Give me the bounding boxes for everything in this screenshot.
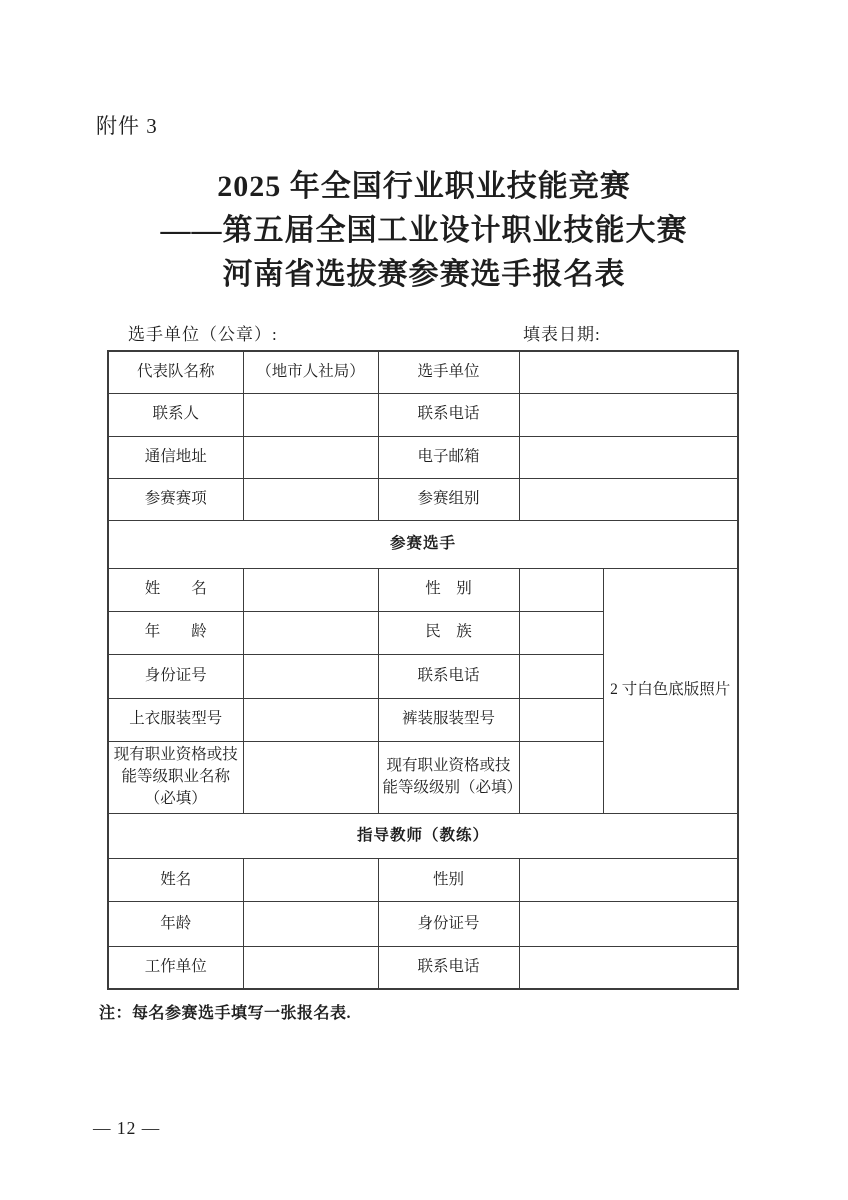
table-row-coach-name: 姓名 性别 bbox=[108, 858, 738, 901]
table-row-contestant-section: 参赛选手 bbox=[108, 520, 738, 568]
value-contestant-name bbox=[243, 568, 378, 611]
label-contestant-age: 年 龄 bbox=[108, 611, 243, 654]
table-row-contestant-name: 姓 名 性 别 2 寸白色底版照片 bbox=[108, 568, 738, 611]
value-competition-event bbox=[243, 478, 378, 520]
document-title: 2025 年全国行业职业技能竞赛 ——第五届全国工业设计职业技能大赛 河南省选拔… bbox=[0, 165, 848, 297]
label-competition-event: 参赛赛项 bbox=[108, 478, 243, 520]
label-qualification-name: 现有职业资格或技能等级职业名称（必填） bbox=[108, 741, 243, 813]
table-row-coach-workplace: 工作单位 联系电话 bbox=[108, 946, 738, 989]
label-qualification-level: 现有职业资格或技能等级级别（必填） bbox=[378, 741, 519, 813]
table-row-contact-person: 联系人 联系电话 bbox=[108, 393, 738, 436]
value-qualification-level bbox=[519, 741, 603, 813]
label-contestant-name: 姓 名 bbox=[108, 568, 243, 611]
table-row-competition-event: 参赛赛项 参赛组别 bbox=[108, 478, 738, 520]
label-coach-phone: 联系电话 bbox=[378, 946, 519, 989]
table-row-mailing-address: 通信地址 电子邮箱 bbox=[108, 436, 738, 478]
value-coach-phone bbox=[519, 946, 738, 989]
title-line-1: 2025 年全国行业职业技能竞赛 bbox=[0, 165, 848, 209]
label-team-name: 代表队名称 bbox=[108, 351, 243, 393]
attachment-label: 附件 3 bbox=[96, 110, 158, 140]
title-line-2: ——第五届全国工业设计职业技能大赛 bbox=[0, 209, 848, 253]
value-coach-age bbox=[243, 901, 378, 946]
value-contestant-phone bbox=[519, 654, 603, 698]
value-contact-phone bbox=[519, 393, 738, 436]
registration-table: 代表队名称 （地市人社局） 选手单位 联系人 联系电话 通信地址 电子邮箱 参赛… bbox=[107, 350, 739, 990]
value-competition-group bbox=[519, 478, 738, 520]
value-pants-size bbox=[519, 698, 603, 741]
value-email bbox=[519, 436, 738, 478]
value-qualification-name bbox=[243, 741, 378, 813]
note-text: 注：每名参赛选手填写一张报名表. bbox=[99, 1000, 351, 1023]
fill-date-label: 填表日期: bbox=[523, 320, 601, 345]
table-row-team-name: 代表队名称 （地市人社局） 选手单位 bbox=[108, 351, 738, 393]
title-line-3: 河南省选拔赛参赛选手报名表 bbox=[0, 253, 848, 297]
label-contact-person: 联系人 bbox=[108, 393, 243, 436]
label-pants-size: 裤装服装型号 bbox=[378, 698, 519, 741]
label-contestant-phone: 联系电话 bbox=[378, 654, 519, 698]
label-shirt-size: 上衣服装型号 bbox=[108, 698, 243, 741]
page-number: — 12 — bbox=[93, 1118, 160, 1139]
value-shirt-size bbox=[243, 698, 378, 741]
photo-placeholder-cell: 2 寸白色底版照片 bbox=[603, 568, 738, 813]
label-contestant-ethnicity: 民 族 bbox=[378, 611, 519, 654]
label-mailing-address: 通信地址 bbox=[108, 436, 243, 478]
label-contact-phone: 联系电话 bbox=[378, 393, 519, 436]
label-competition-group: 参赛组别 bbox=[378, 478, 519, 520]
section-header-coach: 指导教师（教练） bbox=[108, 813, 738, 858]
value-coach-workplace bbox=[243, 946, 378, 989]
label-contestant-id: 身份证号 bbox=[108, 654, 243, 698]
value-mailing-address bbox=[243, 436, 378, 478]
label-coach-workplace: 工作单位 bbox=[108, 946, 243, 989]
label-contestant-gender: 性 别 bbox=[378, 568, 519, 611]
label-coach-id: 身份证号 bbox=[378, 901, 519, 946]
value-contestant-age bbox=[243, 611, 378, 654]
value-coach-id bbox=[519, 901, 738, 946]
label-player-unit: 选手单位 bbox=[378, 351, 519, 393]
value-coach-gender bbox=[519, 858, 738, 901]
value-team-name: （地市人社局） bbox=[243, 351, 378, 393]
unit-seal-label: 选手单位（公章）: bbox=[128, 320, 278, 345]
value-coach-name bbox=[243, 858, 378, 901]
value-contestant-gender bbox=[519, 568, 603, 611]
value-contact-person bbox=[243, 393, 378, 436]
table-row-coach-section: 指导教师（教练） bbox=[108, 813, 738, 858]
value-contestant-id bbox=[243, 654, 378, 698]
section-header-contestant: 参赛选手 bbox=[108, 520, 738, 568]
label-coach-name: 姓名 bbox=[108, 858, 243, 901]
value-contestant-ethnicity bbox=[519, 611, 603, 654]
label-coach-age: 年龄 bbox=[108, 901, 243, 946]
document-page: 附件 3 2025 年全国行业职业技能竞赛 ——第五届全国工业设计职业技能大赛 … bbox=[0, 0, 848, 1200]
label-coach-gender: 性别 bbox=[378, 858, 519, 901]
table-row-coach-age: 年龄 身份证号 bbox=[108, 901, 738, 946]
label-email: 电子邮箱 bbox=[378, 436, 519, 478]
value-player-unit bbox=[519, 351, 738, 393]
